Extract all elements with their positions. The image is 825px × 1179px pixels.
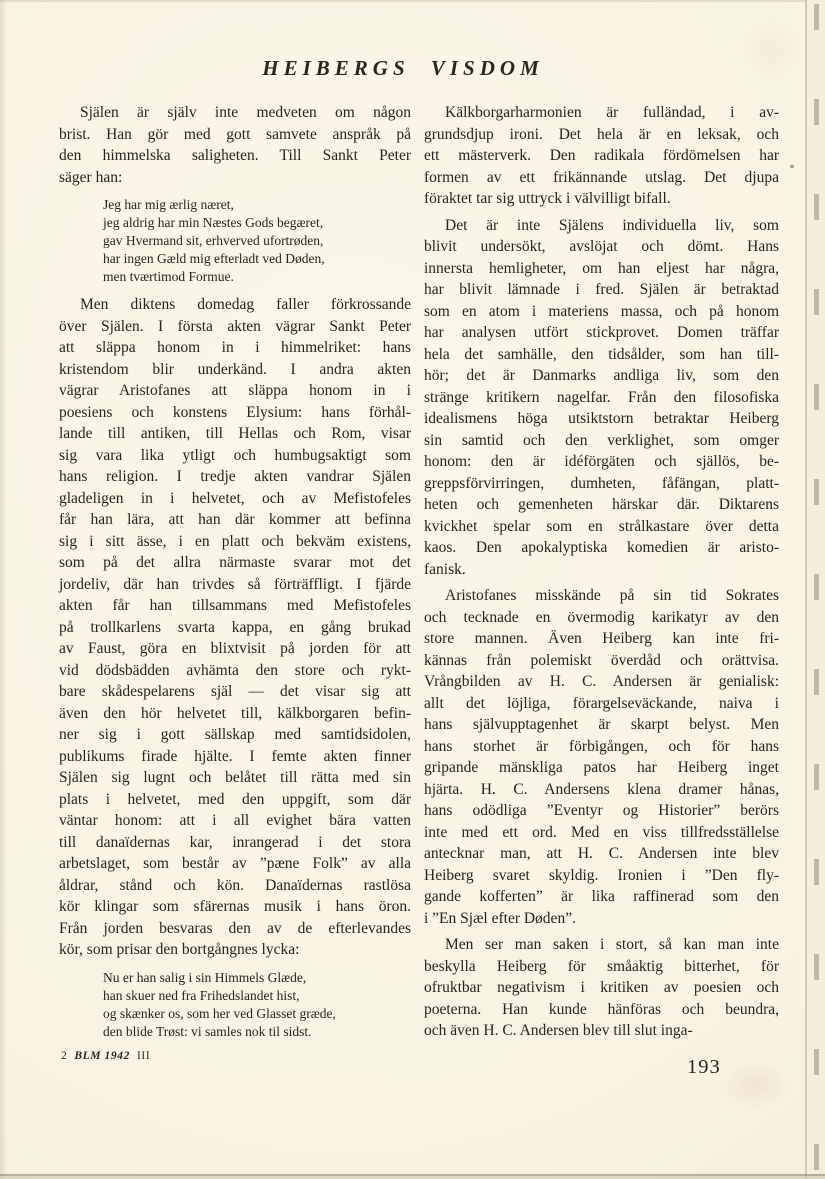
- text-line: har analysen utfört stickprovet. Domen t…: [424, 322, 779, 344]
- text-line: greppsförvirringen, dumheten, fåfängan, …: [424, 473, 779, 495]
- scan-left-edge-shadow: [0, 0, 7, 1179]
- text-line: hör; det är Danmarks andliga liv, som de…: [424, 365, 779, 387]
- text-line: i ”En Sjæl efter Døden”.: [424, 908, 779, 930]
- text-line: Men diktens domedag faller förkrossande: [59, 294, 411, 316]
- text-line: har blivit lämnade i fred. Själen är bet…: [424, 279, 779, 301]
- scan-top-edge: [0, 0, 825, 2]
- text-line: hjärta. H. C. Andersens klena dramer hån…: [424, 779, 779, 801]
- text-line: poesiens och konstens Elysium: hans förh…: [59, 402, 411, 424]
- scanned-book-page: HEIBERGS VISDOM Själen är själv inte med…: [0, 0, 825, 1179]
- text-line: ner sig i gott sällskap med samtidsidole…: [59, 724, 411, 746]
- verse-line: han skuer ned fra Frihedslandet hist,: [103, 987, 411, 1005]
- text-line: säger han:: [59, 167, 411, 189]
- text-line: vägrar Aristofanes att släppa honom in i: [59, 380, 411, 402]
- text-line: ett mästerverk. Den radikala fördömelsen…: [424, 145, 779, 167]
- paragraph: Det är inte Själens individuella liv, so…: [424, 215, 779, 581]
- paper-tint-bottom-right: [720, 1060, 790, 1110]
- paragraph: Själen är själv inte medveten om någonbr…: [59, 102, 411, 188]
- text-line: kör, som prisar den bortgångnes lycka:: [59, 939, 411, 961]
- text-line: sig vara lika ytligt och humbugsaktigt s…: [59, 445, 411, 467]
- text-line: blivit undersökt, avslöjat och dömt. Han…: [424, 236, 779, 258]
- scan-right-edge-line: [805, 0, 807, 1179]
- scan-right-edge-marks: [814, 4, 819, 1174]
- verse-line: har ingen Gæld mig efterladt ved Døden,: [103, 250, 411, 268]
- text-line: hans storhet är förbigången, och för han…: [424, 736, 779, 758]
- text-line: väntar honom: att i all evighet bära vat…: [59, 810, 411, 832]
- text-line: även den hör helvetet till, kälkborgaren…: [59, 703, 411, 725]
- footer-issue-number: III: [137, 1050, 150, 1062]
- text-line: stränge kritikern nagelfar. Från den fil…: [424, 387, 779, 409]
- footer-imprint: 2BLM 1942III: [61, 1050, 157, 1062]
- text-line: ofruktbar negativism i kritiken av poesi…: [424, 977, 779, 999]
- text-line: föraktet tar sig uttryck i välvilligt bi…: [424, 188, 779, 210]
- text-line: kör klingar som sfärernas musik i hans ö…: [59, 896, 411, 918]
- text-line: kristendom blir underkänd. I andra akten: [59, 359, 411, 381]
- verse-quote: Jeg har mig ærlig næret,jeg aldrig har m…: [103, 196, 411, 286]
- text-column-left: Själen är själv inte medveten om någonbr…: [59, 102, 411, 1049]
- text-line: som en atom i materiens massa, och på ho…: [424, 301, 779, 323]
- text-line: Kälkborgarharmonien är fulländad, i av-: [424, 102, 779, 124]
- text-line: plats i helvetet, med den uppgift, som d…: [59, 789, 411, 811]
- text-line: sin samtid och den verklighet, som omger: [424, 430, 779, 452]
- verse-line: den blide Trøst: vi samles nok til sidst…: [103, 1023, 411, 1041]
- verse-line: men tværtimod Formue.: [103, 268, 411, 286]
- text-line: idealismens höga utsiktstorn betraktar H…: [424, 408, 779, 430]
- text-column-right: Kälkborgarharmonien är fulländad, i av-g…: [424, 102, 779, 1042]
- text-line: arbetslaget, som består av ”pæne Folk” a…: [59, 853, 411, 875]
- article-title: HEIBERGS VISDOM: [0, 56, 806, 81]
- text-line: innersta hemligheter, om han eljest har …: [424, 258, 779, 280]
- verse-line: jeg aldrig har min Næstes Gods begæret,: [103, 214, 411, 232]
- text-line: får han lära, att han där kommer att bef…: [59, 509, 411, 531]
- page-number: 193: [687, 1056, 721, 1079]
- text-line: hans religion. I tredje akten vandrar Sj…: [59, 466, 411, 488]
- text-line: som på det allra närmaste svarar mot det: [59, 552, 411, 574]
- text-line: heten och gemenheten härskar där. Diktar…: [424, 494, 779, 516]
- text-line: akten får han tillsammans med Mefistofel…: [59, 595, 411, 617]
- text-line: sig i sitt ässe, i en platt och bekväm e…: [59, 531, 411, 553]
- text-line: inte med ett ord. Med en viss tillfredss…: [424, 822, 779, 844]
- verse-line: gav Hvermand sit, erhverved ufortrøden,: [103, 232, 411, 250]
- text-line: brist. Han gör med gott samvete anspråk …: [59, 124, 411, 146]
- text-line: Aristofanes misskände på sin tid Sokrate…: [424, 585, 779, 607]
- text-line: hans odödliga ”Eventyr og Historier” ber…: [424, 800, 779, 822]
- text-line: beskylla Heiberg för småaktig bitterhet,…: [424, 956, 779, 978]
- verse-line: Nu er han salig i sin Himmels Glæde,: [103, 969, 411, 987]
- text-line: Men ser man saken i stort, så kan man in…: [424, 934, 779, 956]
- text-line: på trollkarlens svarta kappa, en gång br…: [59, 617, 411, 639]
- verse-line: og skænker os, som her ved Glasset græde…: [103, 1005, 411, 1023]
- text-line: vid dödsbädden avhämta den store och ryk…: [59, 660, 411, 682]
- text-line: poeterna. Han kunde hänföras och beundra…: [424, 999, 779, 1021]
- text-line: att släppa honom in i himmelriket: hans: [59, 337, 411, 359]
- text-line: den himmelska saligheten. Till Sankt Pet…: [59, 145, 411, 167]
- text-line: Själen sig lugnt och belåtet till rätta …: [59, 767, 411, 789]
- text-line: gladeligen in i helvetet, och av Mefisto…: [59, 488, 411, 510]
- text-line: Heiberg svaret skyldig. Ironien i ”Den f…: [424, 865, 779, 887]
- verse-quote: Nu er han salig i sin Himmels Glæde,han …: [103, 969, 411, 1041]
- text-line: av Faust, göra en blixtvisit på jorden f…: [59, 638, 411, 660]
- text-line: publikums firade hjälte. I femte akten f…: [59, 746, 411, 768]
- text-line: Från jorden besvaras den av de efterleva…: [59, 918, 411, 940]
- text-line: honom: den är idéförgäten och själlös, b…: [424, 451, 779, 473]
- text-line: åldrar, stånd och kön. Danaïdernas rastl…: [59, 875, 411, 897]
- text-line: store mannen. Även Heiberg kan inte fri-: [424, 628, 779, 650]
- text-line: allt det löjliga, förargelseväckande, na…: [424, 693, 779, 715]
- text-line: bare skådespelarens själ — det visar sig…: [59, 681, 411, 703]
- text-line: formen av ett frikännande utslag. Det dj…: [424, 167, 779, 189]
- text-line: grundsdjup ironi. Det hela är en leksak,…: [424, 124, 779, 146]
- footer-signature-number: 2: [61, 1050, 67, 1062]
- paragraph: Kälkborgarharmonien är fulländad, i av-g…: [424, 102, 779, 210]
- text-line: och tecknade en övermodig karikatyr av d…: [424, 607, 779, 629]
- text-line: hans självupptagenhet är skarpt belyst. …: [424, 714, 779, 736]
- text-line: antecknar man, att H. C. Andersen inte b…: [424, 843, 779, 865]
- text-line: och även H. C. Andersen blev till slut i…: [424, 1020, 779, 1042]
- text-line: Det är inte Själens individuella liv, so…: [424, 215, 779, 237]
- text-line: över Själen. I första akten vägrar Sankt…: [59, 316, 411, 338]
- text-line: gripande mänskliga patos har Heiberg ing…: [424, 757, 779, 779]
- text-line: Vrångbilden av H. C. Andersen är geniali…: [424, 671, 779, 693]
- text-line: kännas från polemiskt överdåd och orättv…: [424, 650, 779, 672]
- footer-journal-name: BLM 1942: [74, 1050, 130, 1062]
- paragraph: Men diktens domedag faller förkrossandeö…: [59, 294, 411, 961]
- text-line: hela det samhälle, den tidsålder, som ha…: [424, 344, 779, 366]
- text-line: gande kofferten” är lika raffinerad som …: [424, 886, 779, 908]
- text-line: till danaïdernas kar, inrangerad i det s…: [59, 832, 411, 854]
- text-line: fanisk.: [424, 559, 779, 581]
- text-line: kaos. Den apokalyptiska komedien är aris…: [424, 537, 779, 559]
- verse-line: Jeg har mig ærlig næret,: [103, 196, 411, 214]
- paper-speck: [790, 165, 794, 168]
- paragraph: Aristofanes misskände på sin tid Sokrate…: [424, 585, 779, 929]
- text-line: Själen är själv inte medveten om någon: [59, 102, 411, 124]
- paragraph: Men ser man saken i stort, så kan man in…: [424, 934, 779, 1042]
- text-line: lande till antiken, till Hellas och Rom,…: [59, 423, 411, 445]
- text-line: kvickhet spelar som en strålkastare över…: [424, 516, 779, 538]
- text-line: jordeliv, där han trivdes så förträfflig…: [59, 574, 411, 596]
